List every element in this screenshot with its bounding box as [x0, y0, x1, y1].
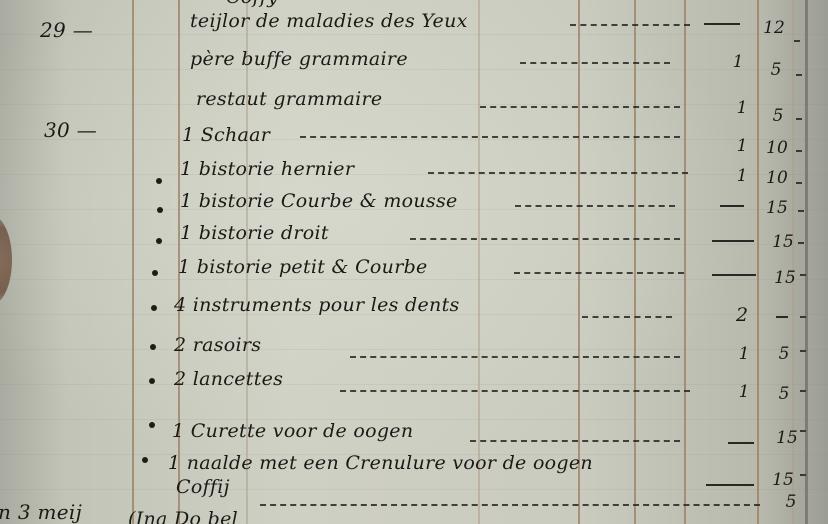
- stuivers-cell: 5: [770, 384, 798, 404]
- guilders-cell: [704, 23, 740, 25]
- stuivers-cell: 10: [762, 138, 792, 158]
- tick-mark: [798, 210, 804, 212]
- guilders-cell: [712, 274, 756, 276]
- stuivers-cell: 15: [768, 232, 798, 252]
- bullet-icon: [152, 270, 158, 276]
- leader-dots: [350, 356, 680, 360]
- stuivers-cell: 15: [772, 428, 802, 448]
- guilders-cell: 2: [730, 304, 754, 326]
- ledger-page: Coffy 29 — 30 — n 3 meij teijlor de mala…: [0, 0, 828, 524]
- entry-row: 2 rasoirs: [174, 334, 261, 356]
- stuivers-cell: 10: [762, 168, 792, 188]
- leader-dots: [470, 440, 680, 444]
- entry-row: 1 naalde met een Crenulure voor de oogen: [168, 452, 593, 474]
- stuivers-cell: 12: [758, 18, 790, 38]
- leader-dots: [340, 390, 690, 394]
- entry-row: teijlor de maladies des Yeux: [190, 10, 468, 32]
- guilders-cell: 1: [728, 52, 748, 72]
- tick-mark: [800, 390, 806, 392]
- entry-row: 1 bistorie Courbe & mousse: [180, 190, 458, 212]
- guilder-stuiver-rule: [757, 0, 759, 524]
- leader-dots: [480, 106, 680, 110]
- stuivers-cell: 5: [778, 492, 804, 512]
- tick-mark: [800, 274, 806, 276]
- leader-dots: [515, 205, 675, 209]
- guilders-cell: 1: [734, 382, 754, 402]
- top-fragment: Coffy: [226, 0, 278, 8]
- bottom-fragment: (Ina Do bel: [128, 508, 238, 524]
- entry-row: 2 lancettes: [174, 368, 283, 390]
- tick-mark: [800, 474, 806, 476]
- entry-row: 4 instruments pour les dents: [174, 294, 460, 316]
- bullet-icon: [151, 305, 157, 311]
- entry-row: 1 bistorie petit & Courbe: [178, 256, 428, 278]
- leader-dots: [514, 272, 684, 276]
- column-rule-6: [634, 0, 636, 524]
- tick-mark: [796, 150, 802, 152]
- entry-row: Coffij: [176, 476, 230, 498]
- stuivers-cell: 15: [768, 470, 798, 490]
- bullet-icon: [156, 178, 162, 184]
- margin-rule-1: [132, 0, 134, 524]
- bullet-icon: [150, 344, 156, 350]
- tick-mark: [794, 40, 800, 42]
- leader-dots: [570, 24, 690, 28]
- date-marker-29: 29 —: [40, 18, 93, 42]
- leader-dots: [300, 136, 680, 140]
- leader-dots: [428, 172, 688, 176]
- stuivers-cell: 15: [762, 198, 792, 218]
- column-rule-5: [578, 0, 580, 524]
- thumb-shadow: [0, 215, 12, 305]
- entry-row: 1 Schaar: [182, 124, 270, 146]
- date-marker-30: 30 —: [44, 118, 97, 142]
- bullet-icon: [156, 238, 162, 244]
- tick-mark: [800, 430, 806, 432]
- column-rule-7: [684, 0, 686, 524]
- guilders-cell: 1: [732, 136, 752, 156]
- guilders-cell: [706, 484, 754, 486]
- guilders-cell: 1: [734, 344, 754, 364]
- entry-row: 1 Curette voor de oogen: [172, 420, 413, 442]
- page-edge: [805, 0, 808, 524]
- tick-mark: [796, 182, 802, 184]
- stuivers-cell: [776, 316, 788, 318]
- stuivers-cell: 15: [770, 268, 800, 288]
- entry-row: 1 bistorie hernier: [180, 158, 354, 180]
- guilders-cell: [728, 442, 754, 444]
- leader-dots: [520, 62, 670, 66]
- bullet-icon: [149, 422, 155, 428]
- leader-dots: [410, 238, 680, 242]
- tick-mark: [796, 118, 802, 120]
- column-rule-4: [478, 0, 480, 524]
- guilders-cell: [720, 205, 744, 207]
- date-marker-3-meij: n 3 meij: [0, 500, 82, 524]
- bullet-icon: [142, 457, 148, 463]
- stuivers-cell: 5: [764, 106, 792, 126]
- tick-mark: [796, 74, 802, 76]
- stuivers-cell: 5: [762, 60, 790, 80]
- guilders-cell: [712, 240, 754, 242]
- entry-row: restaut grammaire: [196, 88, 382, 110]
- entry-row: père buffe grammaire: [190, 48, 408, 70]
- bullet-icon: [157, 207, 163, 213]
- entry-row: 1 bistorie droit: [180, 222, 329, 244]
- tick-mark: [800, 350, 806, 352]
- guilders-cell: 1: [732, 166, 752, 186]
- leader-dots: [260, 504, 760, 508]
- guilders-cell: 1: [732, 98, 752, 118]
- stuivers-cell: 5: [770, 344, 798, 364]
- bullet-icon: [149, 378, 155, 384]
- tick-mark: [798, 242, 804, 244]
- tick-mark: [800, 316, 806, 318]
- leader-dots: [582, 316, 672, 320]
